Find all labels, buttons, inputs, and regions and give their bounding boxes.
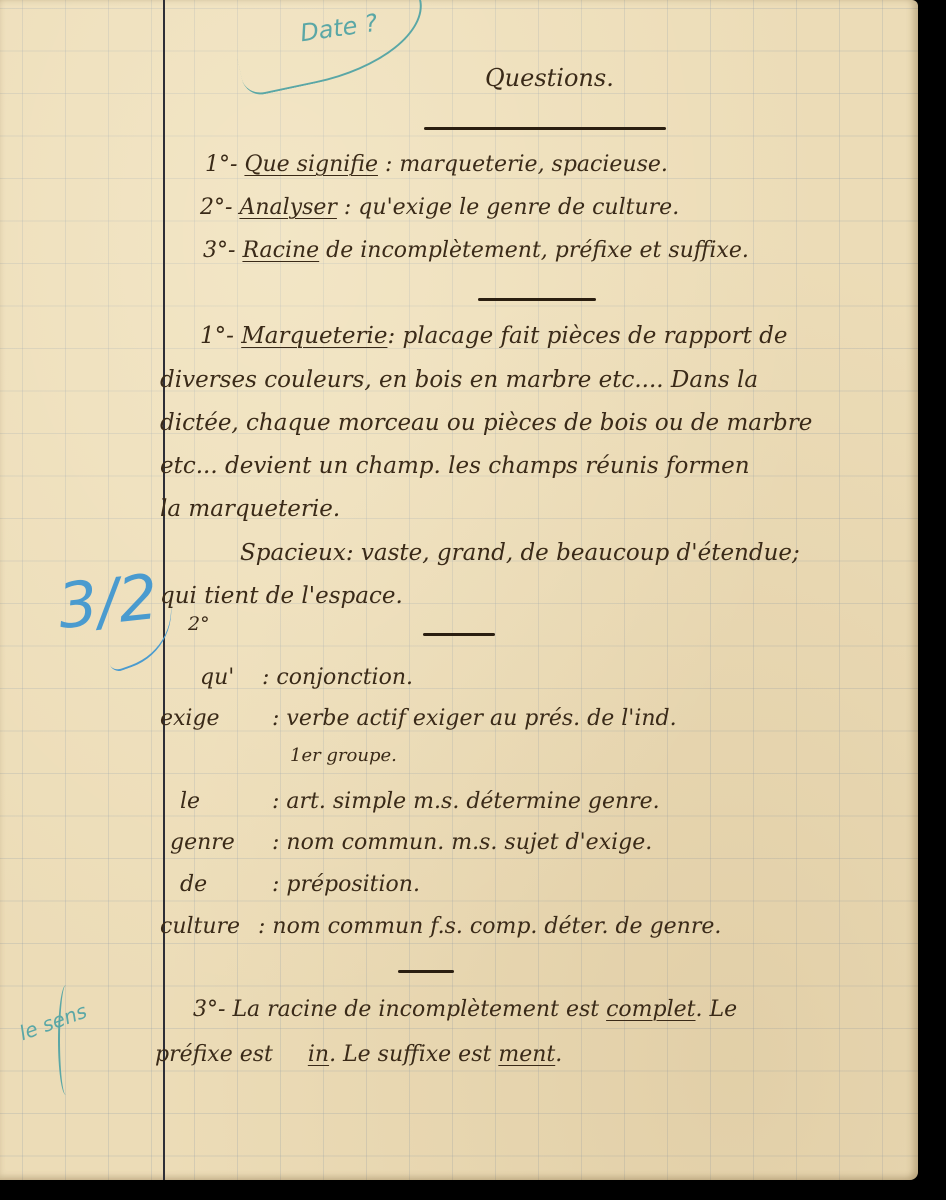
- analysis-desc: : art. simple m.s. détermine genre.: [272, 789, 660, 814]
- analysis-desc: : conjonction.: [262, 665, 413, 690]
- answer-1-line-3: dictée, chaque morceau ou pièces de bois…: [160, 410, 812, 436]
- root-word: complet: [606, 997, 695, 1022]
- analysis-word: le: [180, 789, 200, 814]
- section-rule: [423, 633, 495, 636]
- analysis-desc: : préposition.: [272, 872, 420, 897]
- title-rule: [424, 127, 666, 130]
- answer-text: . Le: [696, 997, 738, 1022]
- question-2: 2°- Analyser : qu'exige le genre de cult…: [200, 195, 679, 220]
- answer-1-line-2: diverses couleurs, en bois en marbre etc…: [160, 367, 758, 393]
- question-number: 1°-: [205, 152, 237, 177]
- answer-text: . Le suffixe est: [329, 1042, 491, 1067]
- question-label: Que signifie: [244, 152, 378, 177]
- answer-1-line-4: etc... devient un champ. les champs réun…: [160, 453, 750, 479]
- analysis-desc: : verbe actif exiger au prés. de l'ind.: [272, 706, 677, 731]
- analysis-desc: : nom commun f.s. comp. déter. de genre.: [258, 914, 721, 939]
- answer-text: : placage fait pièces de rapport de: [387, 323, 787, 349]
- section-rule: [398, 970, 454, 973]
- section-rule: [478, 298, 596, 301]
- analysis-note: 1er groupe.: [290, 745, 397, 766]
- question-number: 2°-: [200, 195, 232, 220]
- spacieux-line-1: Spacieux: vaste, grand, de beaucoup d'ét…: [240, 540, 800, 566]
- question-text: de incomplètement, préfixe et suffixe.: [326, 238, 749, 263]
- question-number: 3°-: [203, 238, 235, 263]
- answer-text: .: [555, 1042, 562, 1067]
- answer-2-number: 2°: [188, 613, 210, 635]
- analysis-word: qu': [200, 665, 234, 690]
- question-3: 3°- Racine de incomplètement, préfixe et…: [203, 238, 749, 263]
- question-label: Racine: [242, 238, 319, 263]
- answer-number: 1°-: [200, 323, 234, 349]
- margin-note: le sens: [16, 999, 90, 1046]
- notebook-page: Date ? 3/2 le sens Questions. 1°- Que si…: [0, 0, 918, 1180]
- page-title: Questions.: [485, 64, 614, 92]
- analysis-word: genre: [170, 830, 235, 855]
- question-text: : marqueterie, spacieuse.: [385, 152, 668, 177]
- question-text: : qu'exige le genre de culture.: [344, 195, 679, 220]
- answer-number: 3°-: [193, 997, 225, 1022]
- analysis-word: exige: [160, 706, 220, 731]
- prefix-word: in: [308, 1042, 329, 1067]
- question-label: Analyser: [239, 195, 336, 220]
- question-1: 1°- Que signifie : marqueterie, spacieus…: [205, 152, 668, 177]
- answer-3-line-1: 3°- La racine de incomplètement est comp…: [193, 997, 737, 1022]
- analysis-desc: : nom commun. m.s. sujet d'exige.: [272, 830, 652, 855]
- margin-bracket: [58, 985, 74, 1095]
- answer-1-line-1: 1°- Marqueterie: placage fait pièces de …: [200, 323, 788, 349]
- answer-text: préfixe est: [155, 1042, 273, 1067]
- answer-3-line-2: préfixe est in. Le suffixe est ment.: [155, 1042, 562, 1067]
- answer-1-line-5: la marqueterie.: [160, 496, 340, 522]
- analysis-word: de: [180, 872, 207, 897]
- answer-text: La racine de incomplètement est: [232, 997, 599, 1022]
- answer-term: Marqueterie: [241, 323, 387, 349]
- spacieux-line-2: qui tient de l'espace.: [160, 583, 403, 609]
- suffix-word: ment: [498, 1042, 555, 1067]
- analysis-word: culture: [160, 914, 240, 939]
